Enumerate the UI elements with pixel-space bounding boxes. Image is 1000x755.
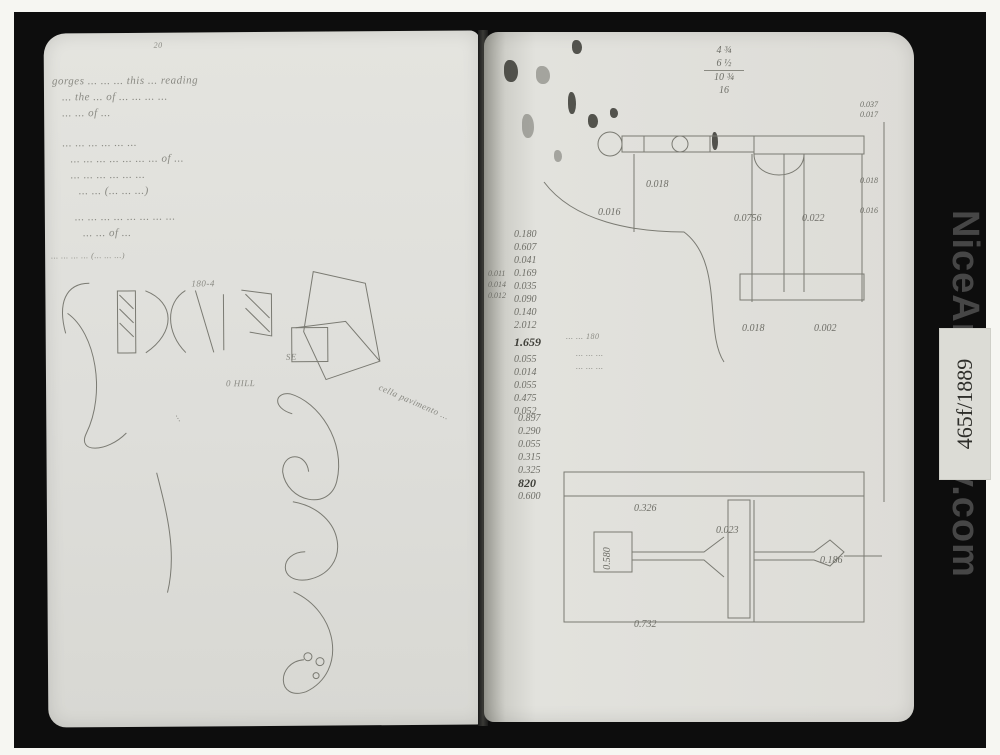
sketch-dimension: 180-4 — [191, 278, 215, 288]
dimension-label: 0.018 — [742, 322, 765, 335]
catalog-number: 465f/1889 — [952, 359, 978, 449]
calculation-column-2: 0.897 0.290 0.055 0.315 0.325 820 0.600 — [518, 412, 541, 503]
calc-note: ... ... 180 — [566, 332, 600, 341]
calculation-column: 0.180 0.607 0.041 0.169 0.035 0.090 0.14… — [514, 228, 541, 418]
sketch-label: 0 HILL — [226, 378, 255, 388]
right-page: 4 ¾ 6 ½ 10 ¾ 16 0.018 0.016 0.0756 0.022… — [484, 32, 914, 722]
calc-note: ... ... ... — [576, 349, 604, 358]
dimension-label: 0.186 — [820, 554, 843, 567]
catalog-label: 465f/1889 — [939, 328, 991, 480]
dimension-label: 0.0756 — [734, 212, 762, 225]
margin-numbers: 0.037 0.017 0.018 0.016 — [860, 100, 878, 216]
left-page: 20 gorges ... ... ... this ... reading .… — [44, 30, 485, 727]
dimension-label: 0.023 — [716, 524, 739, 537]
dimension-label: 0.018 — [646, 178, 669, 191]
dimension-label: 0.732 — [634, 618, 657, 631]
sketch-label: SE — [286, 352, 297, 362]
dimension-label: 0.002 — [814, 322, 837, 335]
dimension-label: 0.326 — [634, 502, 657, 515]
dimension-label: 0.580 — [601, 547, 614, 570]
calc-note: ... ... ... — [576, 362, 604, 371]
dimension-label: 0.016 — [598, 206, 621, 219]
ornament-sketches — [44, 30, 485, 727]
dimension-label: 0.022 — [802, 212, 825, 225]
architectural-section-sketch — [484, 32, 914, 722]
bracket-values: 0.011 0.014 0.012 — [488, 268, 506, 301]
